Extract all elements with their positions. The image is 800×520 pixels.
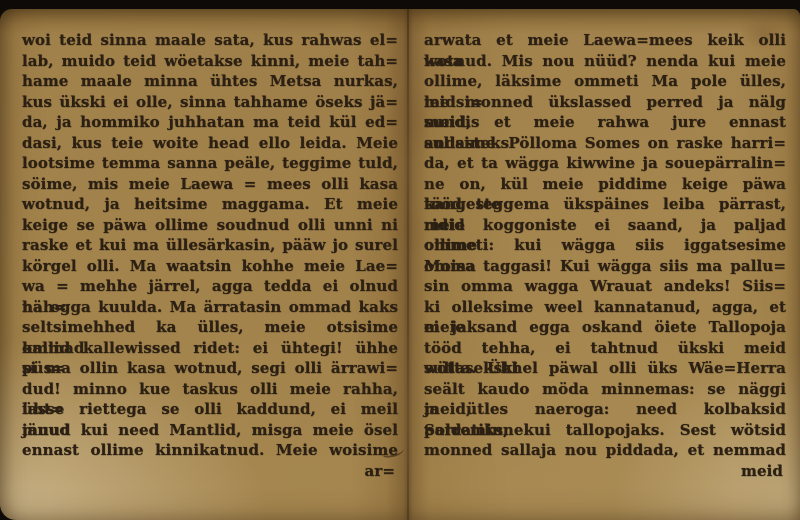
text-line: ki olleksime weel kannatanud, agga, et m… xyxy=(424,297,786,318)
text-line: wotnud, ja heitsime maggama. Et meie xyxy=(22,194,398,215)
text-line: da, ja hommiko juhhatan ma teid kül ed= xyxy=(22,112,398,133)
text-line: muud kui need Mantlid, misga meie ösel xyxy=(22,420,398,441)
left-page-text: woi teid sinna maale sata, kus rahwas el… xyxy=(22,30,398,461)
text-line: Soldatiks, kui tallopojaks. Sest wötsid xyxy=(424,420,786,441)
left-page-catchword: ar= xyxy=(22,461,398,482)
text-line: meid, et meie rahwa jure ennast sullaste… xyxy=(424,112,786,133)
text-line: andsime. Pölloma Somes on raske harri= xyxy=(424,133,786,154)
text-line: lab, muido teid wöetakse kinni, meie tah… xyxy=(22,51,398,72)
text-line: ennast ollime kinnikatnud. Meie woisime xyxy=(22,440,398,461)
text-line: ollime, läksime ommeti Ma pole ülles, le… xyxy=(424,71,786,92)
text-line: seltsimehhed ka ülles, meie otsisime omm… xyxy=(22,317,398,338)
text-line: monned sallaja nou piddada, et nemmad xyxy=(424,440,786,461)
text-line: tööd tehha, ei tahtnud ükski meid sullas… xyxy=(424,338,786,359)
text-line: dasi, kus teie woite head ello leida. Me… xyxy=(22,133,398,154)
text-line: söime, mis meie Laewa = mees olli kasa xyxy=(22,174,398,195)
text-line: raske et kui ma üllesärkasin, pääw jo su… xyxy=(22,235,398,256)
text-line: arwata et meie Laewa=mees keik olli kasa xyxy=(424,30,786,51)
text-line: wotnud. Mis nou nüüd? nenda kui meie xyxy=(424,51,786,72)
text-line: wa = mehhe järrel, agga tedda ei olnud n… xyxy=(22,276,398,297)
text-line: si ma ollin kasa wotnud, segi olli ärraw… xyxy=(22,358,398,379)
text-line: da, et ta wägga kiwwine ja souepärralin= xyxy=(424,153,786,174)
text-line: me monned ükslassed perred ja nälg sundi… xyxy=(424,92,786,113)
text-line: ha egga kuulda. Ma ärratasin ommad kaks xyxy=(22,297,398,318)
text-line: wötta. Ühhel päwal olli üks Wäe=Herra xyxy=(424,358,786,379)
text-line: lootsime temma sanna peäle, teggime tuld… xyxy=(22,153,398,174)
text-line: meie koggoniste ei saand, ja paljad olli… xyxy=(424,215,786,236)
text-line: ne on, kül meie piddime keige päwa kange… xyxy=(424,174,786,195)
text-line: keige se päwa ollime soudnud olli unni n… xyxy=(22,215,398,236)
text-line: dud! minno kue taskus olli meie rahha, ü… xyxy=(22,379,398,400)
text-line: ommeti: kui wägga siis iggatsesime omma xyxy=(424,235,786,256)
text-line: kallid kallewissed ridet: ei ühtegi! ühh… xyxy=(22,338,398,359)
book-photo: woi teid sinna maale sata, kus rahwas el… xyxy=(0,0,800,520)
gutter-fold-crease xyxy=(407,9,409,520)
left-page: woi teid sinna maale sata, kus rahwas el… xyxy=(22,30,398,481)
text-line: ja ütles naeroga: need kolbaksid parremi… xyxy=(424,399,786,420)
right-page: arwata et meie Laewa=mees keik olli kasa… xyxy=(424,30,786,481)
text-line: körgel olli. Ma waatsin kohhe meie Lae= xyxy=(22,256,398,277)
text-line: sin omma wagga Wrauat andeks! Siis= xyxy=(424,276,786,297)
text-line: ei jaksand egga oskand öiete Tallopoja xyxy=(424,317,786,338)
text-line: tööd teggema ükspäines leiba pärrast, ri… xyxy=(424,194,786,215)
text-line: hame maale minna ühtes Metsa nurkas, xyxy=(22,71,398,92)
text-line: lasse riettega se olli kaddund, ei meil … xyxy=(22,399,398,420)
text-line: kus ükski ei olle, sinna tahhame öseks j… xyxy=(22,92,398,113)
text-line: woi teid sinna maale sata, kus rahwas el… xyxy=(22,30,398,51)
text-line: seält kaudo möda minnemas: se näggi meid… xyxy=(424,379,786,400)
right-page-catchword: meid xyxy=(424,461,786,482)
text-line: Moisa taggasi! Kui wägga siis ma pallu= xyxy=(424,256,786,277)
right-page-text: arwata et meie Laewa=mees keik olli kasa… xyxy=(424,30,786,461)
open-book-spread: woi teid sinna maale sata, kus rahwas el… xyxy=(0,9,800,520)
